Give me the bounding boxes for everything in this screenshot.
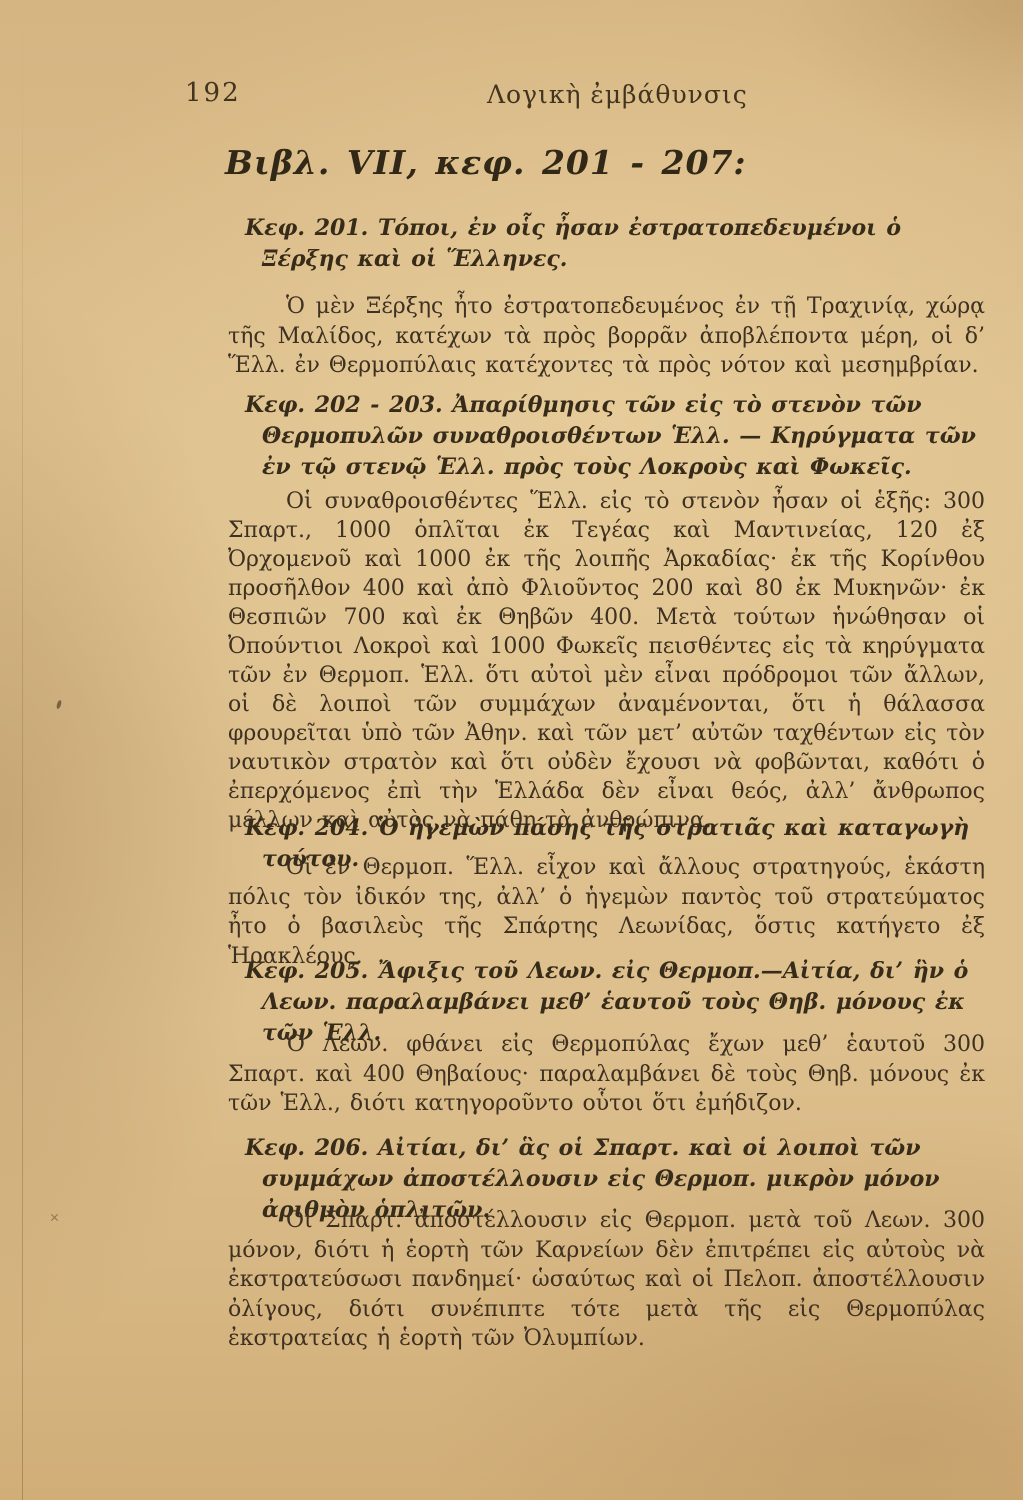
chapter-202-203-body: Οἱ συναθροισθέντες Ἕλλ. εἰς τὸ στενὸν ἦσ… [228, 487, 985, 835]
chapter-206-body: Οἱ Σπαρτ. ἀποστέλλουσιν εἰς Θερμοπ. μετὰ… [228, 1206, 985, 1354]
book-page: 192 Λογικὴ ἐμβάθυνσις Βιβλ. VII, κεφ. 20… [0, 0, 1023, 1500]
chapter-204-body: Οἱ ἐν Θερμοπ. Ἕλλ. εἶχον καὶ ἄλλους στρα… [228, 853, 985, 971]
page-fold-line [22, 0, 23, 1500]
page-number: 192 [185, 78, 241, 108]
running-header: Λογικὴ ἐμβάθυνσις [487, 80, 748, 109]
book-chapter-range-title: Βιβλ. VII, κεφ. 201 - 207: [225, 143, 747, 182]
scan-artifact [56, 700, 63, 710]
chapter-201-heading: Κεφ. 201. Τόποι, ἐν οἷς ἦσαν ἐστρατοπεδε… [228, 213, 985, 275]
scan-artifact [51, 1214, 58, 1221]
chapter-205-body: Ὁ Λεων. φθάνει εἰς Θερμοπύλας ἔχων μεθ’ … [228, 1030, 985, 1119]
chapter-202-203-heading: Κεφ. 202 - 203. Ἀπαρίθμησις τῶν εἰς τὸ σ… [228, 390, 985, 483]
chapter-201-body: Ὁ μὲν Ξέρξης ἦτο ἐστρατοπεδευμένος ἐν τῇ… [228, 292, 985, 381]
